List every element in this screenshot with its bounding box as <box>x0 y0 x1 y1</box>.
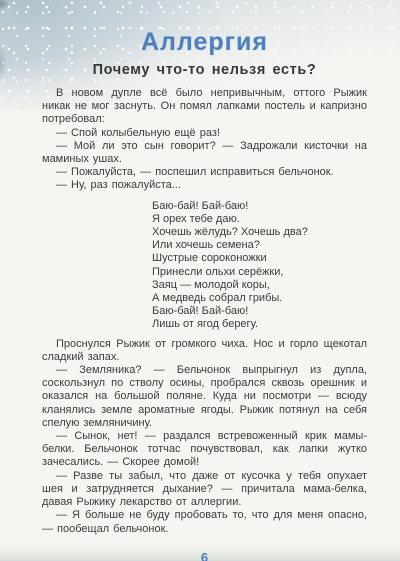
story-paragraph: — Мой ли это сын говорит? — Задрожали ки… <box>42 140 367 166</box>
poem-line: Или хочешь семена? <box>152 239 367 252</box>
lullaby-poem: Баю-бай! Бай-баю! Я орех тебе даю. Хочеш… <box>152 200 367 332</box>
story-paragraph: — Земляника? — Бельчонок выпрыгнул из ду… <box>42 364 367 430</box>
poem-line: А медведь собрал грибы. <box>152 292 367 305</box>
page-number: 6 <box>42 550 367 561</box>
story-paragraph: В новом дупле всё было непривычным, отто… <box>42 87 367 127</box>
page-subtitle: Почему что-то нельзя есть? <box>42 62 367 78</box>
book-page: Аллергия Почему что-то нельзя есть? В но… <box>0 0 400 561</box>
story-paragraph: — Спой колыбельную ещё раз! <box>42 127 367 140</box>
poem-line: Шустрые сороконожки <box>152 252 367 265</box>
story-paragraph: — Пожалуйста, — поспешил исправиться бел… <box>42 166 367 179</box>
story-paragraph: — Я больше не буду пробовать то, что для… <box>42 509 367 535</box>
poem-line: Я орех тебе даю. <box>152 213 367 226</box>
story-text: В новом дупле всё было непривычным, отто… <box>42 87 367 536</box>
poem-line: Баю-бай! Бай-баю! <box>152 200 367 213</box>
poem-line: Заяц — молодой коры, <box>152 279 367 292</box>
story-paragraph: — Сынок, нет! — раздался встревоженный к… <box>42 430 367 470</box>
poem-line: Принесли ольхи серёжки, <box>152 266 367 279</box>
story-paragraph: — Ну, раз пожалуйста... <box>42 179 367 192</box>
poem-line: Баю-бай! Бай-баю! <box>152 305 367 318</box>
poem-line: Лишь от ягод берегу. <box>152 318 367 331</box>
poem-line: Хочешь жёлудь? Хочешь два? <box>152 226 367 239</box>
page-title: Аллергия <box>42 28 367 57</box>
story-paragraph: Проснулся Рыжик от громкого чиха. Нос и … <box>42 338 367 364</box>
story-paragraph: — Разве ты забыл, что даже от кусочка у … <box>42 470 367 510</box>
